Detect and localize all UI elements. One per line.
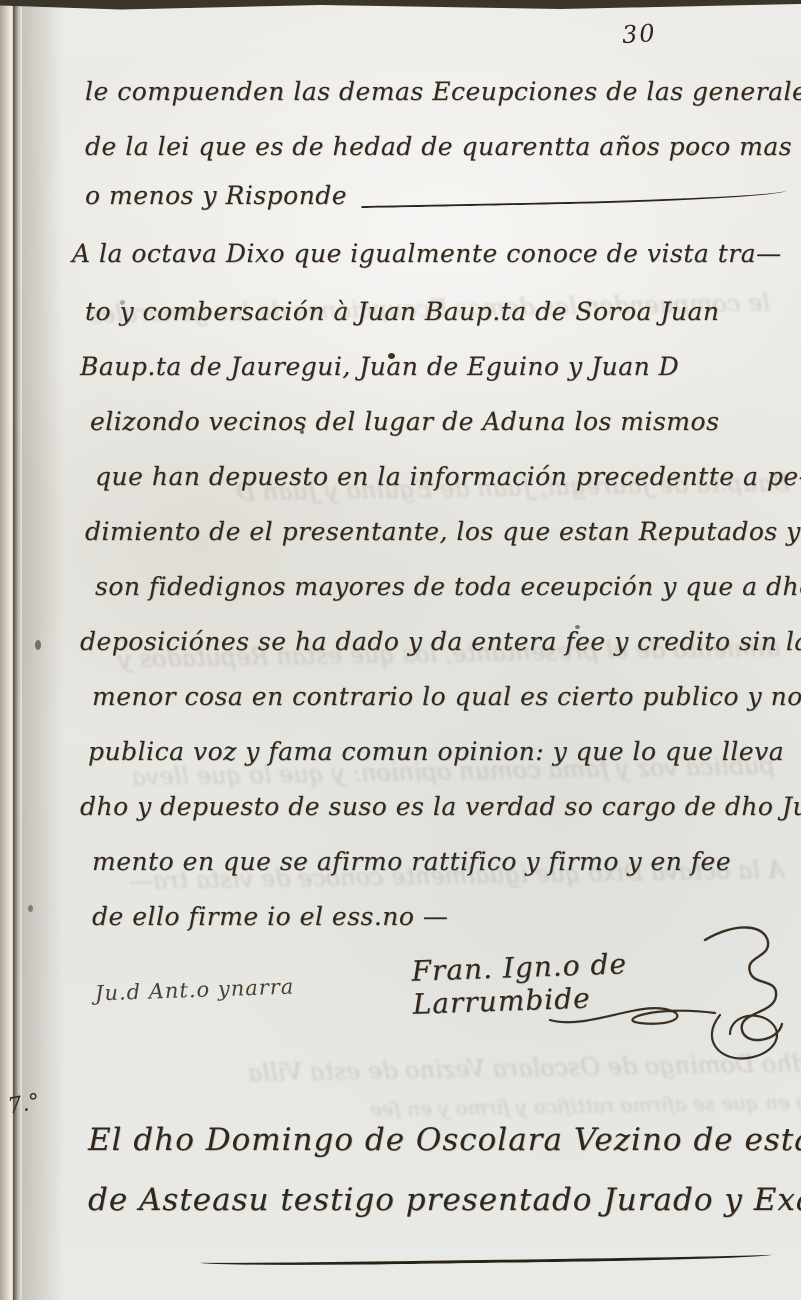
manuscript-page: le compuenden las demas Eceupciones de l… [0, 0, 801, 1300]
ink-speck [388, 353, 395, 359]
manuscript-line: son fidedignos mayores de toda eceupción… [95, 559, 787, 614]
ink-speck [300, 430, 304, 434]
manuscript-line: mento en que se afirmo rattifico y firmo… [92, 834, 787, 889]
manuscript-line: dimiento de el presentante, los que esta… [85, 504, 787, 559]
signature-witness: Ju.d Ant.o ynarra [95, 975, 295, 1006]
section7-line: El dho Domingo de Oscolara Vezino de est… [88, 1122, 801, 1158]
manuscript-line: elizondo vecinos del lugar de Aduna los … [90, 394, 787, 449]
foxing-spot [120, 300, 125, 305]
manuscript-line: deposiciónes se ha dado y da entera fee … [80, 614, 787, 669]
section7-line: de Asteasu testigo presentado Jurado y E… [88, 1182, 801, 1218]
manuscript-line-text: o menos y Risponde [85, 181, 347, 210]
closing-underline [200, 1248, 772, 1267]
bleedthrough-text: mento en que se afirmo rattifico y firmo… [140, 1089, 801, 1126]
manuscript-line: le compuenden las demas Eceupciones de l… [85, 64, 787, 119]
manuscript-line: A la octava Dixo que igualmente conoce d… [72, 226, 787, 281]
manuscript-line: que han depuesto en la información prece… [95, 449, 787, 504]
foxing-spot [690, 150, 694, 154]
manuscript-line: de la lei que es de hedad de quarentta a… [85, 119, 787, 174]
manuscript-line: o menos y Risponde [85, 168, 787, 223]
manuscript-line: de ello firme io el ess.no — [92, 889, 787, 944]
ink-speck [28, 905, 33, 912]
folio-number: 30 [621, 19, 657, 49]
manuscript-line: dho y depuesto de suso es la verdad so c… [80, 779, 787, 834]
manuscript-line: Baup.ta de Jauregui, Juan de Eguino y Ju… [80, 339, 787, 394]
manuscript-line: publica voz y fama comun opinion: y que … [88, 724, 787, 779]
manuscript-line: to y combersación à Juan Baup.ta de Soro… [85, 284, 787, 339]
signature-rubric-flourish [690, 920, 795, 1065]
ink-speck [575, 625, 580, 629]
manuscript-line: menor cosa en contrario lo qual es ciert… [92, 669, 787, 724]
ink-speck [35, 640, 41, 650]
response-rule [361, 183, 787, 207]
